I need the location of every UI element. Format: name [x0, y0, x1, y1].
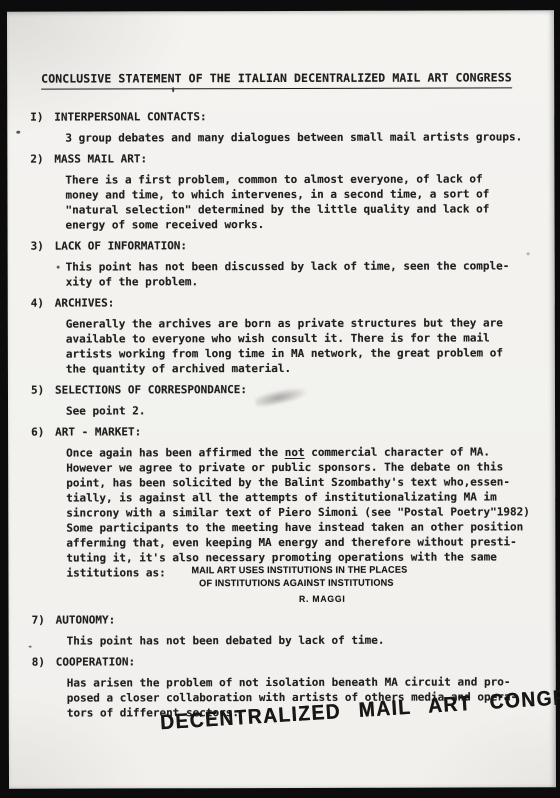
- paper-sheet: CONCLUSIVE STATEMENT OF THE ITALIAN DECE…: [7, 10, 556, 788]
- text-line: money and time, to which intervenes, in …: [65, 186, 546, 202]
- list-item: 6) ART - MARKET: Once again has been aff…: [31, 423, 547, 606]
- text-line: This point has not been debated by lack …: [67, 632, 548, 648]
- item-heading: SELECTIONS OF CORRESPONDANCE:: [55, 382, 247, 398]
- list-item: 3) LACK OF INFORMATION: This point has n…: [31, 237, 547, 289]
- item-heading: LACK OF INFORMATION:: [55, 238, 187, 253]
- list-item: 2) MASS MAIL ART: There is a first probl…: [30, 150, 546, 232]
- scan-speck: [57, 266, 60, 269]
- stamp-signature: R. MAGGI: [299, 593, 407, 606]
- item-body: This point has not been debated by lack …: [67, 632, 548, 648]
- item-heading: INTERPERSONAL CONTACTS:: [54, 109, 206, 124]
- text-line: However we agree to private or public sp…: [66, 459, 547, 475]
- text-line: Some participants to the meeting have in…: [66, 519, 547, 535]
- item-number: 8): [32, 655, 56, 670]
- text-line: afferming that, even keeping MA energy a…: [66, 534, 547, 550]
- item-number: 3): [31, 239, 55, 254]
- text-line: This point has not been discussed by lac…: [66, 258, 547, 274]
- text-line: Has arisen the problem of not isolation …: [67, 674, 548, 690]
- item-number: 5): [31, 383, 55, 398]
- text-line: 3 group debates and many dialogues betwe…: [65, 129, 546, 145]
- scan-speck: [527, 252, 530, 255]
- item-body: See point 2.: [66, 402, 547, 418]
- item-number: 6): [31, 425, 55, 440]
- items-list: I) INTERPERSONAL CONTACTS: 3 group debat…: [30, 108, 548, 720]
- item-heading-row: 3) LACK OF INFORMATION:: [31, 237, 547, 253]
- item-heading: AUTONOMY:: [56, 612, 116, 627]
- text-line: available to everyone who wish consult i…: [66, 330, 547, 346]
- text-line: There is a first problem, common to almo…: [65, 171, 546, 187]
- text-line: artists working from long time in MA net…: [66, 345, 547, 361]
- item-heading: MASS MAIL ART:: [54, 151, 147, 166]
- item-heading-row: 7) AUTONOMY:: [32, 611, 548, 627]
- text-line: point, has been solicited by the Balint …: [66, 474, 547, 490]
- item-body: There is a first problem, common to almo…: [65, 171, 546, 232]
- list-item: 7) AUTONOMY: This point has not been deb…: [32, 611, 548, 648]
- item-number: I): [30, 110, 54, 125]
- item-heading-row: 2) MASS MAIL ART:: [30, 150, 546, 166]
- list-item: 4) ARCHIVES: Generally the archives are …: [31, 294, 547, 376]
- text-line: xity of the problem.: [66, 273, 547, 289]
- item-heading: COOPERATION:: [56, 654, 136, 669]
- item-heading-row: 8) COOPERATION:: [32, 653, 548, 669]
- item-number: 7): [32, 613, 56, 628]
- item-body: Once again has been affirmed the not com…: [66, 444, 547, 606]
- text-line: See point 2.: [66, 402, 547, 418]
- text-line: sincrony with a similar text of Piero Si…: [66, 504, 547, 520]
- text-line: "natural selection" determined by the li…: [65, 201, 546, 217]
- item-heading-row: I) INTERPERSONAL CONTACTS:: [30, 108, 546, 124]
- scanned-document: CONCLUSIVE STATEMENT OF THE ITALIAN DECE…: [0, 0, 560, 798]
- scan-speck: [29, 646, 32, 648]
- item-number: 4): [31, 296, 55, 311]
- scan-speck: [16, 131, 20, 134]
- item-heading: ART - MARKET:: [55, 424, 141, 439]
- item-body: Generally the archives are born as priva…: [66, 315, 547, 376]
- scan-speck: [172, 87, 174, 92]
- item-number: 2): [30, 152, 54, 167]
- document-title: CONCLUSIVE STATEMENT OF THE ITALIAN DECE…: [41, 70, 512, 89]
- text-line: the quantity of archived material.: [66, 360, 547, 376]
- item-body: 3 group debates and many dialogues betwe…: [65, 129, 546, 145]
- item-heading: ARCHIVES:: [55, 295, 115, 310]
- item-heading-row: 6) ART - MARKET:: [31, 423, 547, 439]
- item-body: This point has not been discussed by lac…: [66, 258, 547, 289]
- text-line: tially, is against all the attempts of i…: [66, 489, 547, 505]
- item-heading-row: 4) ARCHIVES:: [31, 294, 547, 310]
- text-line: energy of some received works.: [66, 216, 547, 232]
- institutions-stamp: MAIL ART USES INSTITUTIONS IN THE PLACES…: [191, 564, 407, 607]
- text-line: Generally the archives are born as priva…: [66, 315, 547, 331]
- list-item: I) INTERPERSONAL CONTACTS: 3 group debat…: [30, 108, 546, 145]
- text-line: Once again has been affirmed the not com…: [66, 444, 547, 460]
